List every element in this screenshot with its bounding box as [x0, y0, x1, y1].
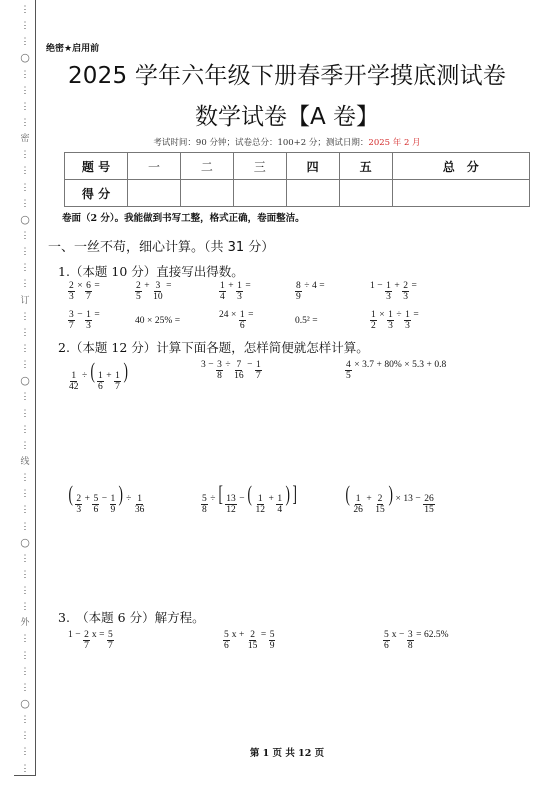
- question-3-item: 56x−38=62.5%: [382, 630, 450, 651]
- binding-dots-icon: ⋮: [21, 470, 30, 486]
- question-2-item: 45×3.7+80%×5.3+0.8: [344, 360, 447, 381]
- binding-dots-icon: ⋮: [21, 648, 30, 664]
- score-header-cell: 二: [180, 153, 233, 180]
- binding-circle-icon: ○: [20, 373, 30, 389]
- fraction: 59: [269, 630, 276, 651]
- question-3-item: 56x+215=59: [222, 630, 276, 651]
- fraction: 23: [75, 494, 82, 515]
- fraction: 56: [92, 494, 99, 515]
- question-1-item: 12×13÷13=: [369, 310, 420, 331]
- binding-circle-icon: ○: [20, 212, 30, 228]
- binding-dots-icon: ⋮: [21, 389, 30, 405]
- binding-margin: ⋮⋮⋮○⋮⋮⋮⋮密⋮⋮⋮⋮○⋮⋮⋮⋮订⋮⋮⋮⋮○⋮⋮⋮⋮线⋮⋮⋮⋮○⋮⋮⋮⋮外⋮…: [0, 0, 36, 785]
- question-3-title: 3. （本题 6 分）解方程。: [58, 608, 205, 626]
- question-1-item: 37−13=: [67, 310, 101, 331]
- fraction: 17: [255, 360, 262, 381]
- binding-dots-icon: ⋮: [21, 664, 30, 680]
- fraction: 56: [383, 630, 390, 651]
- fraction: 136: [134, 494, 146, 515]
- binding-dots-icon: ⋮: [21, 180, 30, 196]
- binding-dots-icon: ⋮: [21, 438, 30, 454]
- fraction: 27: [83, 630, 90, 651]
- score-cell[interactable]: [180, 180, 233, 207]
- fraction: 13: [236, 281, 243, 302]
- fraction: 19: [110, 494, 117, 515]
- fraction: 17: [114, 371, 121, 392]
- binding-dots-icon: ⋮: [21, 260, 30, 276]
- binding-dots-icon: ⋮: [21, 728, 30, 744]
- binding-dots-icon: ⋮: [21, 502, 30, 518]
- score-cell[interactable]: [128, 180, 181, 207]
- score-cell[interactable]: [339, 180, 392, 207]
- fraction: 716: [233, 360, 245, 381]
- fraction: 45: [345, 360, 352, 381]
- binding-dots-icon: ⋮: [21, 276, 30, 292]
- score-header-cell: 四: [286, 153, 339, 180]
- binding-line: [35, 0, 36, 775]
- question-2-item: (126+215)×13−2615: [344, 483, 436, 515]
- exam-date: 2025 年 2 月: [368, 138, 420, 148]
- score-header-cell: 总 分: [392, 153, 529, 180]
- binding-dots-icon: ⋮: [21, 680, 30, 696]
- score-table-header-row: 题 号 一 二 三 四 五 总 分: [65, 153, 530, 180]
- exam-meta-text: 考试时间：90 分钟；试卷总分：100+2 分；测试日期：: [153, 138, 368, 148]
- binding-dots-icon: ⋮: [21, 18, 30, 34]
- fraction: 1312: [225, 494, 237, 515]
- binding-dots-icon: ⋮: [21, 83, 30, 99]
- binding-dots-icon: ⋮: [21, 147, 30, 163]
- binding-dots-icon: ⋮: [21, 67, 30, 83]
- question-2-item: 58÷[1312−(112+14)]: [200, 483, 299, 515]
- binding-dots-icon: ⋮: [21, 244, 30, 260]
- score-header-cell: 三: [233, 153, 286, 180]
- fraction: 13: [85, 310, 92, 331]
- neatness-note: 卷面（2 分）。我能做到书写工整，格式正确，卷面整洁。: [62, 210, 305, 224]
- binding-label: 线: [20, 454, 29, 470]
- score-row-label: 得 分: [65, 180, 128, 207]
- binding-dots-icon: ⋮: [21, 551, 30, 567]
- binding-dots-icon: ⋮: [21, 422, 30, 438]
- binding-dots-icon: ⋮: [21, 519, 30, 535]
- binding-dots-icon: ⋮: [21, 228, 30, 244]
- fraction: 126: [352, 494, 364, 515]
- fraction: 89: [295, 281, 302, 302]
- score-cell[interactable]: [392, 180, 529, 207]
- fraction: 25: [135, 281, 142, 302]
- question-1-item: 14+13=: [218, 281, 252, 302]
- fraction: 142: [68, 371, 80, 392]
- fraction: 57: [107, 630, 114, 651]
- binding-circle-icon: ○: [20, 696, 30, 712]
- fraction: 13: [404, 310, 411, 331]
- question-3-item: 1−27x=57: [67, 630, 115, 651]
- score-header-cell: 题 号: [65, 153, 128, 180]
- question-1-item: 40×25%=: [134, 316, 182, 326]
- binding-dots-icon: ⋮: [21, 761, 30, 777]
- fraction: 2615: [423, 494, 435, 515]
- question-1-item: 23×67=: [67, 281, 101, 302]
- binding-dots-icon: ⋮: [21, 325, 30, 341]
- binding-label: 密: [20, 131, 29, 147]
- question-1-item: 1−13+23=: [369, 281, 418, 302]
- fraction: 14: [276, 494, 283, 515]
- fraction: 58: [201, 494, 208, 515]
- binding-dots-icon: ⋮: [21, 196, 30, 212]
- question-1-title: 1.（本题 10 分）直接写出得数。: [58, 262, 244, 280]
- binding-dots-icon: ⋮: [21, 567, 30, 583]
- fraction: 14: [219, 281, 226, 302]
- binding-dots-icon: ⋮: [21, 163, 30, 179]
- binding-circle-icon: ○: [20, 535, 30, 551]
- binding-dots-icon: ⋮: [21, 115, 30, 131]
- fraction: 37: [68, 310, 75, 331]
- exam-title: 2025 学年六年级下册春季开学摸底测试卷: [42, 57, 532, 90]
- binding-dots-icon: ⋮: [21, 34, 30, 50]
- fraction: 38: [407, 630, 414, 651]
- binding-dots-icon: ⋮: [21, 406, 30, 422]
- page-number: 第 1 页 共 12 页: [42, 745, 532, 759]
- binding-dots-icon: ⋮: [21, 712, 30, 728]
- binding-dots-icon: ⋮: [21, 99, 30, 115]
- question-1-item: 25+310=: [134, 281, 173, 302]
- fraction: 215: [374, 494, 386, 515]
- binding-dots-icon: ⋮: [21, 2, 30, 18]
- fraction: 215: [247, 630, 259, 651]
- question-1-item: 0.5²=: [294, 316, 319, 326]
- question-2-title: 2.（本题 12 分）计算下面各题，怎样简便就怎样计算。: [58, 338, 369, 356]
- fraction: 23: [402, 281, 409, 302]
- fraction: 16: [97, 371, 104, 392]
- question-2-item: 3−38÷716−17: [200, 360, 263, 381]
- binding-dots-icon: ⋮: [21, 357, 30, 373]
- fraction: 13: [385, 281, 392, 302]
- fraction: 56: [223, 630, 230, 651]
- exam-meta: 考试时间：90 分钟；试卷总分：100+2 分；测试日期：2025 年 2 月: [42, 136, 532, 148]
- binding-dots-icon: ⋮: [21, 599, 30, 615]
- question-2-item: 142÷(16+17): [67, 360, 129, 392]
- binding-dots-icon: ⋮: [21, 341, 30, 357]
- binding-circle-icon: ○: [20, 50, 30, 66]
- binding-label: 外: [20, 615, 29, 631]
- fraction: 23: [68, 281, 75, 302]
- fraction: 12: [370, 310, 377, 331]
- binding-dots-icon: ⋮: [21, 744, 30, 760]
- exam-subtitle: 数学试卷【A 卷】: [42, 98, 532, 131]
- fraction: 112: [254, 494, 266, 515]
- section-1-title: 一、一丝不苟，细心计算。（共 31 分）: [48, 236, 274, 255]
- score-table: 题 号 一 二 三 四 五 总 分 得 分: [64, 152, 530, 207]
- score-table-score-row: 得 分: [65, 180, 530, 207]
- binding-dots-icon: ⋮: [21, 309, 30, 325]
- binding-dots-icon: ⋮: [21, 486, 30, 502]
- fraction: 67: [85, 281, 92, 302]
- binding-marks: ⋮⋮⋮○⋮⋮⋮⋮密⋮⋮⋮⋮○⋮⋮⋮⋮订⋮⋮⋮⋮○⋮⋮⋮⋮线⋮⋮⋮⋮○⋮⋮⋮⋮外⋮…: [18, 2, 32, 777]
- binding-dots-icon: ⋮: [21, 631, 30, 647]
- score-header-cell: 一: [128, 153, 181, 180]
- binding-label: 订: [20, 293, 29, 309]
- fraction: 310: [152, 281, 164, 302]
- question-2-item: (23+56−19)÷136: [67, 483, 146, 515]
- score-header-cell: 五: [339, 153, 392, 180]
- fraction: 16: [239, 310, 246, 331]
- binding-dots-icon: ⋮: [21, 583, 30, 599]
- fraction: 13: [387, 310, 394, 331]
- score-cell[interactable]: [286, 180, 339, 207]
- secret-label: 绝密★启用前: [46, 41, 99, 54]
- score-cell[interactable]: [233, 180, 286, 207]
- question-1-item: 89÷4=: [294, 281, 326, 302]
- fraction: 38: [216, 360, 223, 381]
- question-1-item: 24×16=: [218, 310, 255, 331]
